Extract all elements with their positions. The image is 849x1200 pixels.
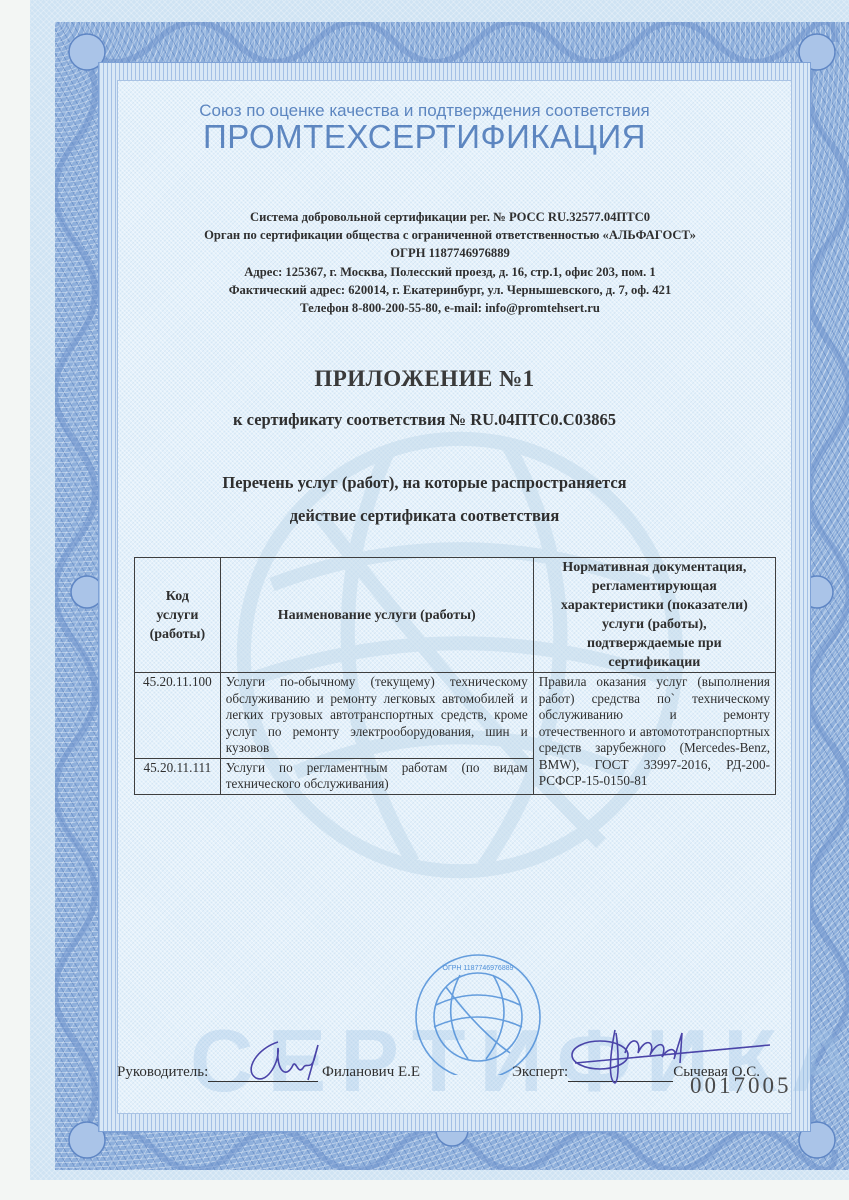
normative-docs: Правила оказания услуг (выполнения работ… <box>533 673 775 795</box>
service-name: Услуги по-обычному (текущему) техническо… <box>220 673 533 759</box>
header-line: Код <box>140 587 215 606</box>
expert-label: Эксперт: <box>512 1064 568 1080</box>
services-list-title: Перечень услуг (работ), на которые распр… <box>0 466 849 532</box>
serial-number: 0017005 <box>690 1073 792 1099</box>
table-header-row: Код услуги (работы) Наименование услуги … <box>135 558 776 673</box>
head-name: Филанович Е.Е <box>322 1064 420 1080</box>
header-line: Нормативная документация, <box>539 558 770 577</box>
list-title-line: действие сертификата соответствия <box>0 499 849 532</box>
appendix-title: ПРИЛОЖЕНИЕ №1 <box>0 366 849 392</box>
services-table: Код услуги (работы) Наименование услуги … <box>134 557 776 795</box>
service-code: 45.20.11.111 <box>135 758 221 794</box>
header-line: регламентирующая <box>539 577 770 596</box>
table-row: 45.20.11.100 Услуги по-обычному (текущем… <box>135 673 776 759</box>
organization-details: Система добровольной сертификации рег. №… <box>150 208 750 317</box>
header-service-name: Наименование услуги (работы) <box>220 558 533 673</box>
header-normative-docs: Нормативная документация, регламентирующ… <box>533 558 775 673</box>
appendix-certificate-ref: к сертификату соответствия № RU.04ПТС0.С… <box>0 410 849 430</box>
contacts-line: Телефон 8-800-200-55-80, e-mail: info@pr… <box>150 299 750 317</box>
ogrn-line: ОГРН 1187746976889 <box>150 244 750 262</box>
header-service-code: Код услуги (работы) <box>135 558 221 673</box>
actual-address-line: Фактический адрес: 620014, г. Екатеринбу… <box>150 281 750 299</box>
header-line: Наименование услуги (работы) <box>226 606 528 625</box>
header-line: (работы) <box>140 625 215 644</box>
registration-line: Система добровольной сертификации рег. №… <box>150 208 750 226</box>
certificate-watermark: СЕРТИФИКАТ <box>190 1010 710 1112</box>
header-line: характеристики (показатели) <box>539 596 770 615</box>
brand-title: ПРОМТЕХСЕРТИФИКАЦИЯ <box>0 118 849 156</box>
signature-underline <box>568 1064 673 1082</box>
header-line: услуги <box>140 606 215 625</box>
legal-address-line: Адрес: 125367, г. Москва, Полесский прое… <box>150 263 750 281</box>
print-imprint: · <box>300 1165 600 1170</box>
list-title-line: Перечень услуг (работ), на которые распр… <box>0 466 849 499</box>
head-signature-line: Руководитель: Филанович Е.Е <box>117 1064 420 1082</box>
head-label: Руководитель: <box>117 1064 208 1080</box>
service-code: 45.20.11.100 <box>135 673 221 759</box>
header-line: подтверждаемые при <box>539 634 770 653</box>
service-name: Услуги по регламентным работам (по видам… <box>220 758 533 794</box>
certification-body-line: Орган по сертификации общества с огранич… <box>130 226 770 244</box>
header-line: услуги (работы), <box>539 615 770 634</box>
header-line: сертификации <box>539 653 770 672</box>
signature-underline <box>208 1064 318 1082</box>
